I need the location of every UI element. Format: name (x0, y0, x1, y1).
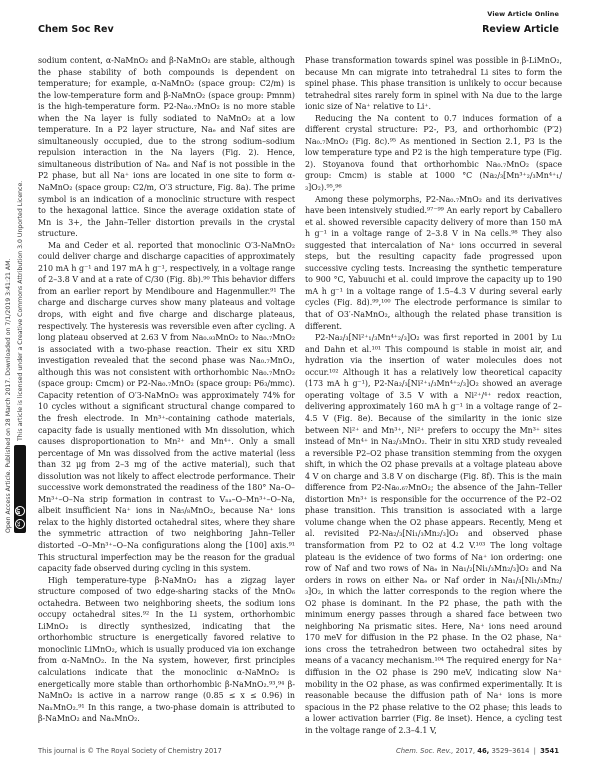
paragraph: Ma and Ceder et al. reported that monocl… (38, 240, 295, 575)
journal-page: View Article Online Chem Soc Rev Review … (0, 0, 595, 780)
paragraph: Reducing the Na content to 0.7 induces f… (305, 113, 562, 194)
article-body: sodium content, α-NaMnO₂ and β-NaMnO₂ ar… (38, 55, 562, 736)
citation-journal: Chem. Soc. Rev., (396, 747, 453, 755)
cc-icon: cc (15, 519, 25, 529)
citation-year: 2017, (456, 747, 475, 755)
open-access-sidebar: Open Access Article. Published on 28 Mar… (5, 151, 26, 533)
left-column: sodium content, α-NaMnO₂ and β-NaMnO₂ ar… (38, 55, 295, 736)
paragraph: sodium content, α-NaMnO₂ and β-NaMnO₂ ar… (38, 55, 295, 240)
paragraph: Phase transformation towards spinel was … (305, 55, 562, 113)
citation-pages: 3529–3614 (491, 747, 529, 755)
sidebar-license-info: This article is licensed under a Creativ… (17, 181, 24, 441)
citation: Chem. Soc. Rev., 2017, 46, 3529–3614 | 3… (396, 747, 559, 755)
paragraph: High temperature-type β-NaMnO₂ has a zig… (38, 575, 295, 725)
journal-title: Chem Soc Rev (38, 24, 114, 35)
page-header: Chem Soc Rev Review Article (38, 24, 559, 35)
sidebar-publish-info: Open Access Article. Published on 28 Mar… (5, 151, 12, 533)
citation-volume: 46, (477, 747, 489, 755)
article-type-label: Review Article (482, 24, 559, 35)
citation-separator: | (534, 747, 536, 755)
copyright-note: This journal is © The Royal Society of C… (38, 747, 222, 755)
paragraph: Among these polymorphs, P2-Na₀.₇MnO₂ and… (305, 194, 562, 333)
cc-by-badge: cc BY (14, 445, 26, 533)
page-footer: This journal is © The Royal Society of C… (38, 747, 559, 755)
cc-by-icon: BY (15, 506, 25, 516)
right-column: Phase transformation towards spinel was … (305, 55, 562, 736)
sidebar-license-row: cc BY This article is licensed under a C… (14, 151, 26, 533)
page-number: 3541 (540, 747, 559, 755)
view-article-online-link[interactable]: View Article Online (487, 10, 559, 18)
paragraph: P2-Na₂/₃[Ni²⁺₁/₃Mn⁴⁺₂/₃]O₂ was first rep… (305, 332, 562, 736)
